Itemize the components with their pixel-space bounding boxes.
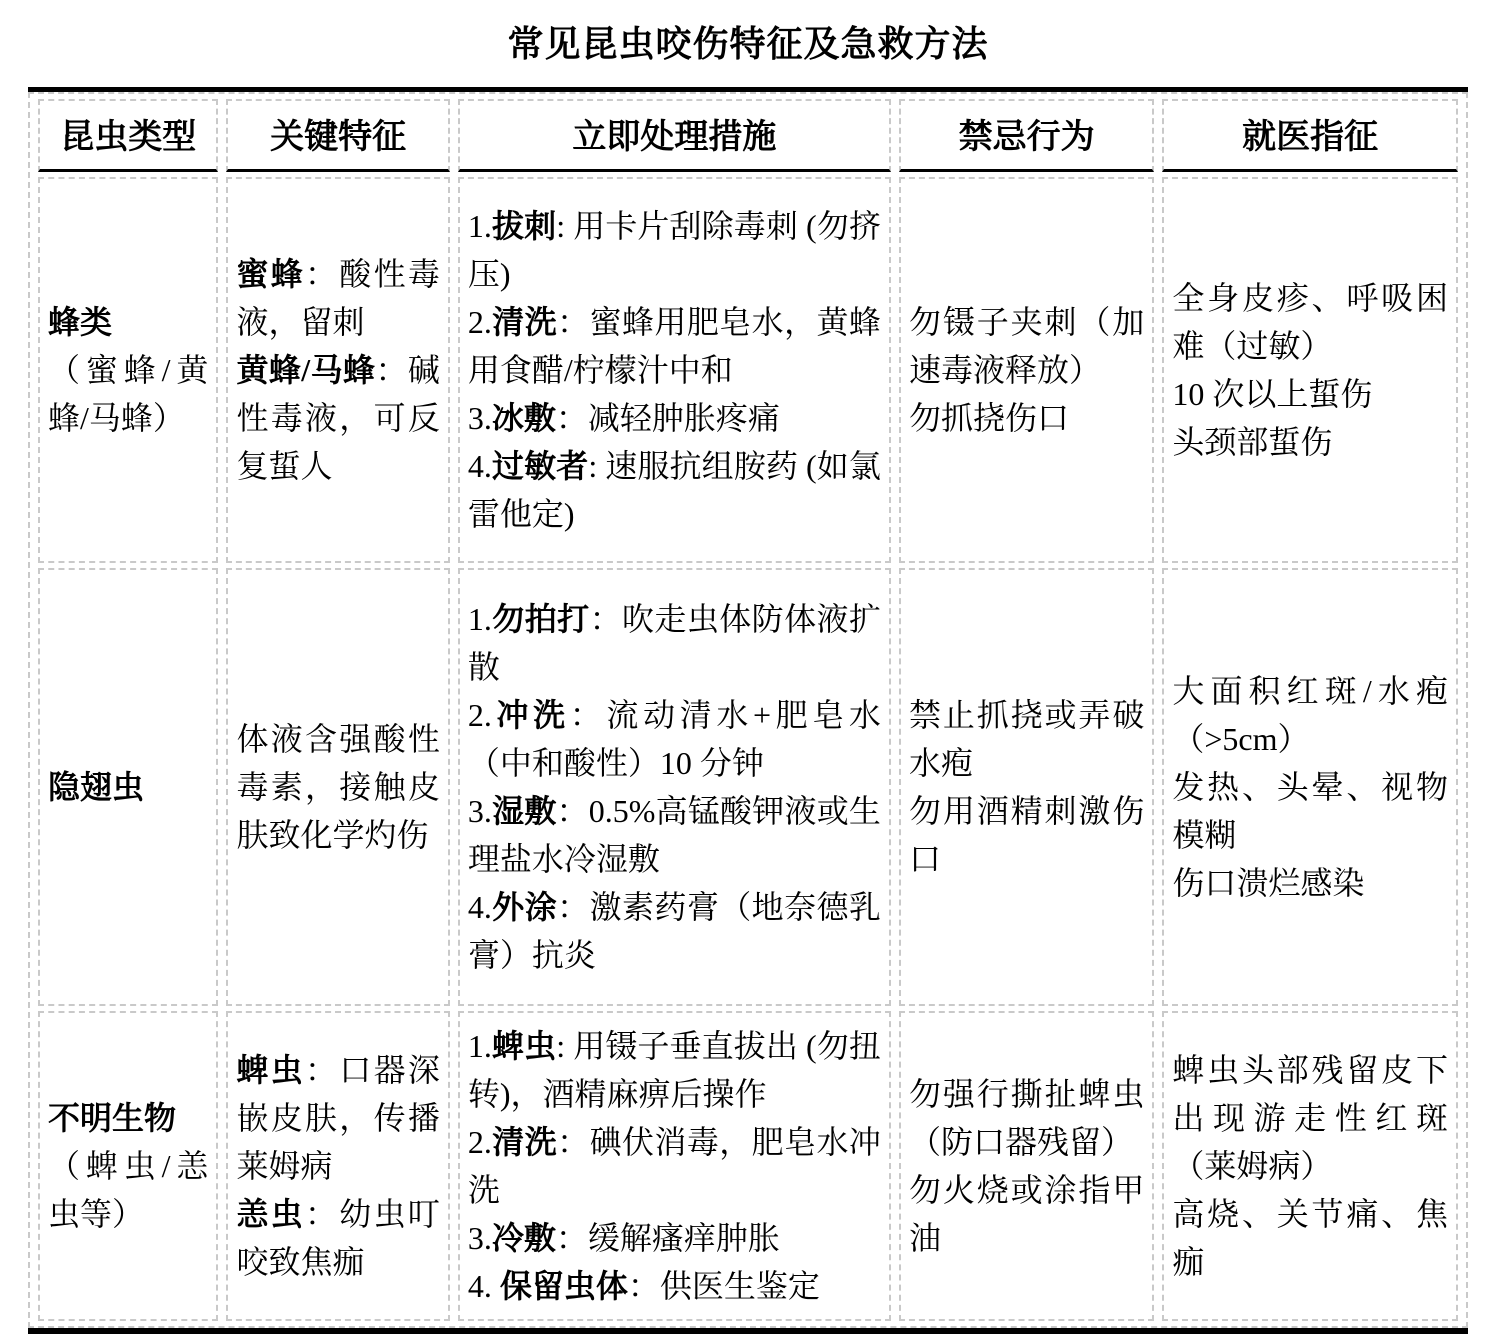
bold-label: 蜜蜂 (236, 256, 305, 292)
cell-unknown-features: 蜱虫：口器深嵌皮肤，传播莱姆病恙虫：幼虫叮咬致焦痂 (226, 1011, 449, 1321)
text-run: 1. (468, 1028, 492, 1064)
cell-paragraph: 禁止抓挠或弄破水疱 (909, 691, 1144, 787)
text-run: 4. (468, 1268, 500, 1304)
bold-label: 隐翅虫 (48, 769, 144, 805)
text-run: 勿强行撕扯蜱虫（防口器残留） (909, 1076, 1144, 1160)
bold-label: 冰敷 (492, 400, 556, 436)
cell-bees-features: 蜜蜂：酸性毒液，留刺黄蜂/马蜂：碱性毒液，可反复蜇人 (226, 177, 449, 563)
text-run: 4. (468, 448, 492, 484)
cell-rove-medical: 大面积红斑/水疱（>5cm）发热、头晕、视物模糊伤口溃烂感染 (1162, 568, 1458, 1006)
text-run: 蜱虫头部残留皮下出现游走性红斑（莱姆病） (1172, 1052, 1448, 1184)
cell-bees-medical: 全身皮疹、呼吸困难（过敏）10 次以上蜇伤头颈部蜇伤 (1162, 177, 1458, 563)
cell-paragraph: 4. 保留虫体：供医生鉴定 (468, 1262, 881, 1310)
text-run: 2. (468, 1124, 492, 1160)
col-header-key-features: 关键特征 (226, 99, 449, 172)
cell-paragraph: 勿用酒精刺激伤口 (909, 787, 1144, 883)
cell-paragraph: 蜜蜂：酸性毒液，留刺 (236, 250, 439, 346)
bold-label: 拔刺 (492, 208, 556, 244)
table-row-unknown-creature: 不明生物（蜱虫/恙虫等） 蜱虫：口器深嵌皮肤，传播莱姆病恙虫：幼虫叮咬致焦痂 1… (38, 1011, 1458, 1321)
cell-paragraph: 勿强行撕扯蜱虫（防口器残留） (909, 1070, 1144, 1166)
cell-paragraph: （蜜蜂/黄蜂/马蜂） (48, 346, 208, 442)
cell-paragraph: 4.外涂：激素药膏（地奈德乳膏）抗炎 (468, 883, 881, 979)
cell-paragraph: 高烧、关节痛、焦痂 (1172, 1190, 1448, 1286)
cell-paragraph: 勿火烧或涂指甲油 (909, 1166, 1144, 1262)
cell-paragraph: 2.冲洗：流动清水+肥皂水（中和酸性）10 分钟 (468, 691, 881, 787)
cell-paragraph: 1.蜱虫: 用镊子垂直拔出 (勿扭转)，酒精麻痹后操作 (468, 1022, 881, 1118)
text-run: 3. (468, 400, 492, 436)
text-run: 伤口溃烂感染 (1172, 865, 1364, 901)
text-run: 头颈部蜇伤 (1172, 424, 1332, 460)
cell-paragraph: 黄蜂/马蜂：碱性毒液，可反复蜇人 (236, 346, 439, 490)
cell-paragraph: 不明生物 (48, 1094, 208, 1142)
bold-label: 清洗 (492, 1124, 557, 1160)
cell-paragraph: 发热、头晕、视物模糊 (1172, 763, 1448, 859)
cell-paragraph: 恙虫：幼虫叮咬致焦痂 (236, 1190, 439, 1286)
bold-label: 恙虫 (236, 1196, 305, 1232)
text-run: 3. (468, 1220, 492, 1256)
cell-rove-features: 体液含强酸性毒素，接触皮肤致化学灼伤 (226, 568, 449, 1006)
bold-label: 黄蜂/马蜂 (236, 352, 375, 388)
cell-paragraph: 2.清洗：碘伏消毒，肥皂水冲洗 (468, 1118, 881, 1214)
cell-bees-treatment: 1.拔刺: 用卡片刮除毒刺 (勿挤压)2.清洗：蜜蜂用肥皂水，黄蜂用食醋/柠檬汁… (458, 177, 891, 563)
text-run: 1. (468, 208, 492, 244)
col-header-forbidden-actions: 禁忌行为 (899, 99, 1154, 172)
text-run: 勿抓挠伤口 (909, 400, 1069, 436)
text-run: 勿用酒精刺激伤口 (909, 793, 1144, 877)
cell-paragraph: 蜱虫头部残留皮下出现游走性红斑（莱姆病） (1172, 1046, 1448, 1190)
cell-paragraph: 4.过敏者: 速服抗组胺药 (如氯雷他定) (468, 442, 881, 538)
document-page: 常见昆虫咬伤特征及急救方法 昆虫类型 关键特征 立即处理措施 禁忌行为 就医指征… (0, 16, 1490, 1334)
text-run: 2. (468, 304, 492, 340)
cell-paragraph: 3.冷敷：缓解瘙痒肿胀 (468, 1214, 881, 1262)
cell-paragraph: 3.湿敷：0.5%高锰酸钾液或生理盐水冷湿敷 (468, 787, 881, 883)
cell-bees-forbidden: 勿镊子夹刺（加速毒液释放）勿抓挠伤口 (899, 177, 1154, 563)
text-run: 1. (468, 601, 492, 637)
cell-rove-treatment: 1.勿拍打：吹走虫体防体液扩散2.冲洗：流动清水+肥皂水（中和酸性）10 分钟3… (458, 568, 891, 1006)
bold-label: 蜂类 (48, 304, 112, 340)
table-row-bees: 蜂类（蜜蜂/黄蜂/马蜂） 蜜蜂：酸性毒液，留刺黄蜂/马蜂：碱性毒液，可反复蜇人 … (38, 177, 1458, 563)
text-run: ：供医生鉴定 (628, 1268, 820, 1304)
cell-paragraph: 头颈部蜇伤 (1172, 418, 1448, 466)
bold-label: 保留虫体 (500, 1268, 628, 1304)
text-run: 发热、头晕、视物模糊 (1172, 769, 1448, 853)
text-run: 2. (468, 697, 492, 733)
table-frame: 昆虫类型 关键特征 立即处理措施 禁忌行为 就医指征 蜂类（蜜蜂/黄蜂/马蜂） … (28, 87, 1468, 1334)
cell-bees-type: 蜂类（蜜蜂/黄蜂/马蜂） (38, 177, 218, 563)
bold-label: 蜱虫 (236, 1052, 305, 1088)
header-row: 昆虫类型 关键特征 立即处理措施 禁忌行为 就医指征 (38, 99, 1458, 172)
text-run: 10 次以上蜇伤 (1172, 376, 1372, 412)
col-header-seek-medical-signs: 就医指征 (1162, 99, 1458, 172)
cell-unknown-treatment: 1.蜱虫: 用镊子垂直拔出 (勿扭转)，酒精麻痹后操作2.清洗：碘伏消毒，肥皂水… (458, 1011, 891, 1321)
cell-paragraph: 大面积红斑/水疱（>5cm） (1172, 667, 1448, 763)
cell-paragraph: 2.清洗：蜜蜂用肥皂水，黄蜂用食醋/柠檬汁中和 (468, 298, 881, 394)
cell-paragraph: 勿镊子夹刺（加速毒液释放） (909, 298, 1144, 394)
cell-paragraph: 10 次以上蜇伤 (1172, 370, 1448, 418)
bold-label: 勿拍打 (492, 601, 590, 637)
cell-paragraph: 3.冰敷：减轻肿胀疼痛 (468, 394, 881, 442)
cell-paragraph: 体液含强酸性毒素，接触皮肤致化学灼伤 (236, 715, 439, 859)
cell-unknown-forbidden: 勿强行撕扯蜱虫（防口器残留）勿火烧或涂指甲油 (899, 1011, 1154, 1321)
bold-label: 外涂 (492, 889, 557, 925)
cell-paragraph: 隐翅虫 (48, 763, 208, 811)
cell-paragraph: 伤口溃烂感染 (1172, 859, 1448, 907)
text-run: 4. (468, 889, 492, 925)
text-run: 禁止抓挠或弄破水疱 (909, 697, 1144, 781)
bold-label: 过敏者 (492, 448, 588, 484)
text-run: 勿镊子夹刺（加速毒液释放） (909, 304, 1144, 388)
text-run: 体液含强酸性毒素，接触皮肤致化学灼伤 (236, 721, 439, 853)
first-aid-table: 昆虫类型 关键特征 立即处理措施 禁忌行为 就医指征 蜂类（蜜蜂/黄蜂/马蜂） … (28, 92, 1468, 1328)
page-title: 常见昆虫咬伤特征及急救方法 (28, 16, 1468, 67)
text-run: （蜜蜂/黄蜂/马蜂） (48, 352, 208, 436)
bold-label: 冲洗 (492, 697, 570, 733)
cell-paragraph: 1.勿拍打：吹走虫体防体液扩散 (468, 595, 881, 691)
bold-label: 蜱虫 (492, 1028, 556, 1064)
table-row-rove-beetle: 隐翅虫 体液含强酸性毒素，接触皮肤致化学灼伤 1.勿拍打：吹走虫体防体液扩散2.… (38, 568, 1458, 1006)
text-run: 3. (468, 793, 492, 829)
cell-paragraph: 全身皮疹、呼吸困难（过敏） (1172, 274, 1448, 370)
cell-unknown-type: 不明生物（蜱虫/恙虫等） (38, 1011, 218, 1321)
text-run: 勿火烧或涂指甲油 (909, 1172, 1144, 1256)
bold-label: 清洗 (492, 304, 557, 340)
cell-rove-type: 隐翅虫 (38, 568, 218, 1006)
text-run: 大面积红斑/水疱（>5cm） (1172, 673, 1448, 757)
cell-rove-forbidden: 禁止抓挠或弄破水疱勿用酒精刺激伤口 (899, 568, 1154, 1006)
cell-paragraph: （蜱虫/恙虫等） (48, 1142, 208, 1238)
bold-label: 冷敷 (492, 1220, 556, 1256)
text-run: ：缓解瘙痒肿胀 (556, 1220, 780, 1256)
col-header-insect-type: 昆虫类型 (38, 99, 218, 172)
text-run: ：减轻肿胀疼痛 (556, 400, 780, 436)
text-run: 全身皮疹、呼吸困难（过敏） (1172, 280, 1448, 364)
bold-label: 湿敷 (492, 793, 557, 829)
bold-label: 不明生物 (48, 1100, 176, 1136)
text-run: 高烧、关节痛、焦痂 (1172, 1196, 1448, 1280)
cell-unknown-medical: 蜱虫头部残留皮下出现游走性红斑（莱姆病）高烧、关节痛、焦痂 (1162, 1011, 1458, 1321)
col-header-immediate-treatment: 立即处理措施 (458, 99, 891, 172)
cell-paragraph: 蜂类 (48, 298, 208, 346)
text-run: （蜱虫/恙虫等） (48, 1148, 208, 1232)
cell-paragraph: 1.拔刺: 用卡片刮除毒刺 (勿挤压) (468, 202, 881, 298)
cell-paragraph: 蜱虫：口器深嵌皮肤，传播莱姆病 (236, 1046, 439, 1190)
cell-paragraph: 勿抓挠伤口 (909, 394, 1144, 442)
